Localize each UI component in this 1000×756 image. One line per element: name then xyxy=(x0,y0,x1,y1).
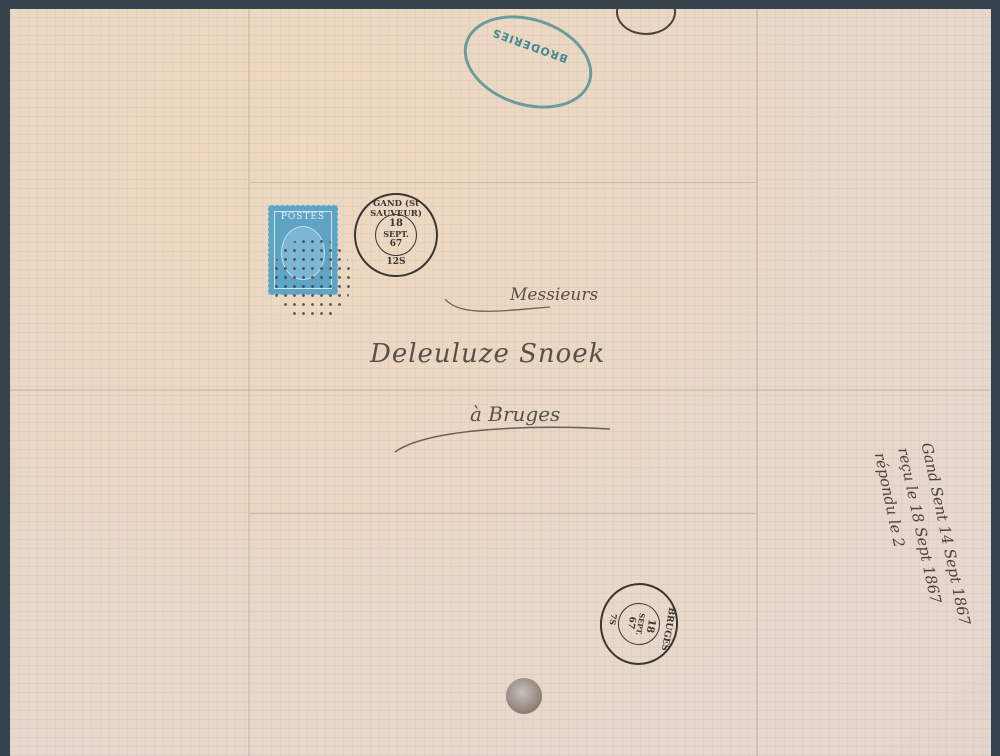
fold-line xyxy=(756,9,758,756)
origin-postmark-city: GAND (St SAUVEUR) xyxy=(356,199,436,219)
dotted-obliterator xyxy=(272,237,352,321)
origin-postmark-day: 18 xyxy=(356,218,436,229)
partial-postmark xyxy=(616,0,676,35)
address-flourish xyxy=(390,417,620,457)
origin-postmark-year: 67 xyxy=(356,239,436,249)
origin-postmark-month: SEPT. xyxy=(356,229,436,239)
sender-cachet xyxy=(452,0,605,124)
address-recipient: Deleuluze Snoek xyxy=(370,339,605,369)
letter-sheet: BRODERIES POSTES GAND (St SAUVEUR) 18 SE… xyxy=(10,9,991,756)
docket-note: Gand Sent 14 Sept 1867 reçu le 18 Sept 1… xyxy=(868,440,992,709)
salutation-flourish xyxy=(440,289,560,319)
origin-postmark-time: 12S xyxy=(356,257,436,267)
wax-seal xyxy=(506,678,542,714)
origin-postmark: GAND (St SAUVEUR) 18 SEPT. 67 12S xyxy=(354,193,438,277)
stamp-label: POSTES xyxy=(269,212,337,222)
arrival-postmark: BRUGES 18 SEPT. 67 7S xyxy=(593,577,684,671)
